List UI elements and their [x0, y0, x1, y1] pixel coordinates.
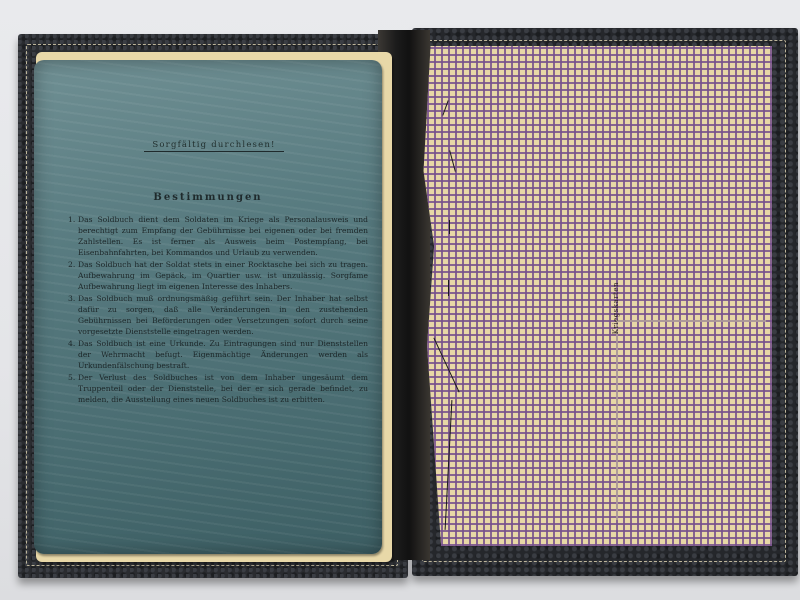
- rules-heading: Bestimmungen: [34, 192, 382, 203]
- rule-item: 2. Das Soldbuch hat der Soldat stets in …: [68, 259, 368, 292]
- rule-text: Der Verlust des Soldbuches ist von dem I…: [78, 372, 368, 405]
- rule-text: Das Soldbuch ist eine Urkunde. Zu Eintra…: [78, 338, 368, 371]
- cover-lining-grid-pattern: [420, 46, 772, 546]
- rule-item: 3. Das Soldbuch muß ordnungsmäßig geführ…: [68, 293, 368, 337]
- pocket-fold-line: [616, 320, 766, 322]
- rule-text: Das Soldbuch hat der Soldat stets in ein…: [78, 259, 368, 292]
- pocket-fold-line: [616, 320, 618, 520]
- rule-number: 1.: [68, 214, 78, 258]
- loose-thread: [449, 220, 450, 234]
- rules-list: 1. Das Soldbuch dient dem Soldaten im Kr…: [68, 214, 368, 406]
- rule-item: 1. Das Soldbuch dient dem Soldaten im Kr…: [68, 214, 368, 258]
- rule-text: Das Soldbuch dient dem Soldaten im Krieg…: [78, 214, 368, 258]
- rule-item: 5. Der Verlust des Soldbuches ist von de…: [68, 372, 368, 405]
- soldbuch-booklet: Sorgfältig durchlesen! Bestimmungen 1. D…: [34, 60, 382, 554]
- rule-number: 4.: [68, 338, 78, 371]
- rule-number: 3.: [68, 293, 78, 337]
- rule-text: Das Soldbuch muß ordnungsmäßig geführt s…: [78, 293, 368, 337]
- rule-number: 5.: [68, 372, 78, 405]
- loose-thread: [448, 280, 449, 296]
- warning-line: Sorgfältig durchlesen!: [144, 140, 284, 152]
- rule-number: 2.: [68, 259, 78, 292]
- pocket-label: Kriegskarten: [612, 282, 620, 334]
- rule-item: 4. Das Soldbuch ist eine Urkunde. Zu Ein…: [68, 338, 368, 371]
